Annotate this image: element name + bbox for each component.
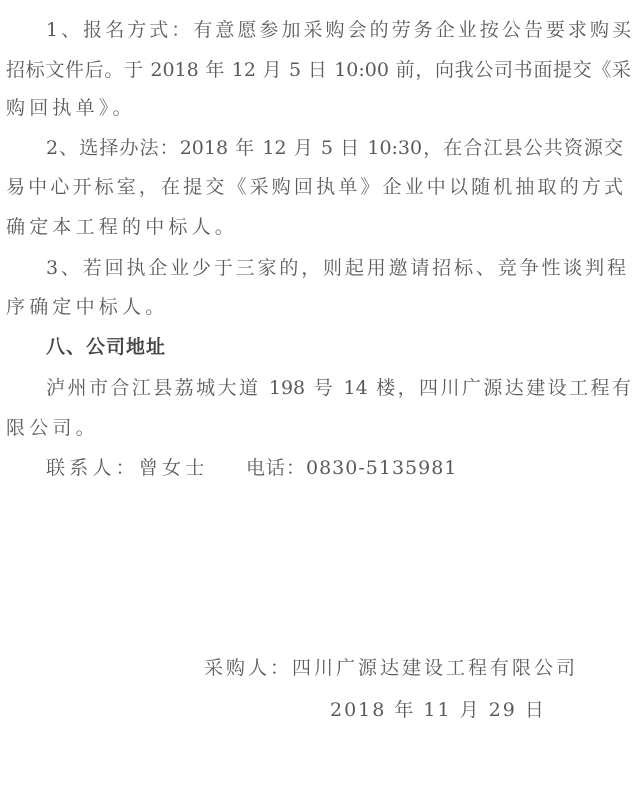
purchaser-signature: 采购人：四川广源达建设工程有限公司 [204, 648, 578, 688]
item2-line3: 确定本工程的中标人。 [6, 207, 631, 247]
section-heading-company-address: 八、公司地址 [46, 327, 637, 367]
item1-line2: 招标文件后。于 2018 年 12 月 5 日 10:00 前，向我公司书面提交… [6, 50, 631, 90]
item3-line1: 3、若回执企业少于三家的，则起用邀请招标、竞争性谈判程 [46, 248, 626, 288]
signature-date: 2018 年 11 月 29 日 [330, 690, 546, 730]
address-line2: 限公司。 [6, 408, 631, 448]
item2-line1: 2、选择办法：2018 年 12 月 5 日 10:30，在合江县公共资源交 [46, 128, 623, 168]
contact-person: 联系人：曾女士 [46, 448, 246, 488]
item2-line2: 易中心开标室，在提交《采购回执单》企业中以随机抽取的方式 [6, 167, 623, 207]
contact-line: 联系人：曾女士电话：0830-5135981 [46, 448, 637, 488]
item3-line2: 序确定中标人。 [6, 287, 631, 327]
announcement-document: 1、报名方式：有意愿参加采购会的劳务企业按公告要求购买 招标文件后。于 2018… [0, 0, 637, 803]
contact-phone: 电话：0830-5135981 [246, 457, 457, 479]
item1-line1: 1、报名方式：有意愿参加采购会的劳务企业按公告要求购买 [46, 10, 631, 50]
address-line1: 泸州市合江县荔城大道 198 号 14 楼，四川广源达建设工程有 [46, 368, 631, 408]
item1-line3: 购回执单》。 [6, 88, 631, 128]
